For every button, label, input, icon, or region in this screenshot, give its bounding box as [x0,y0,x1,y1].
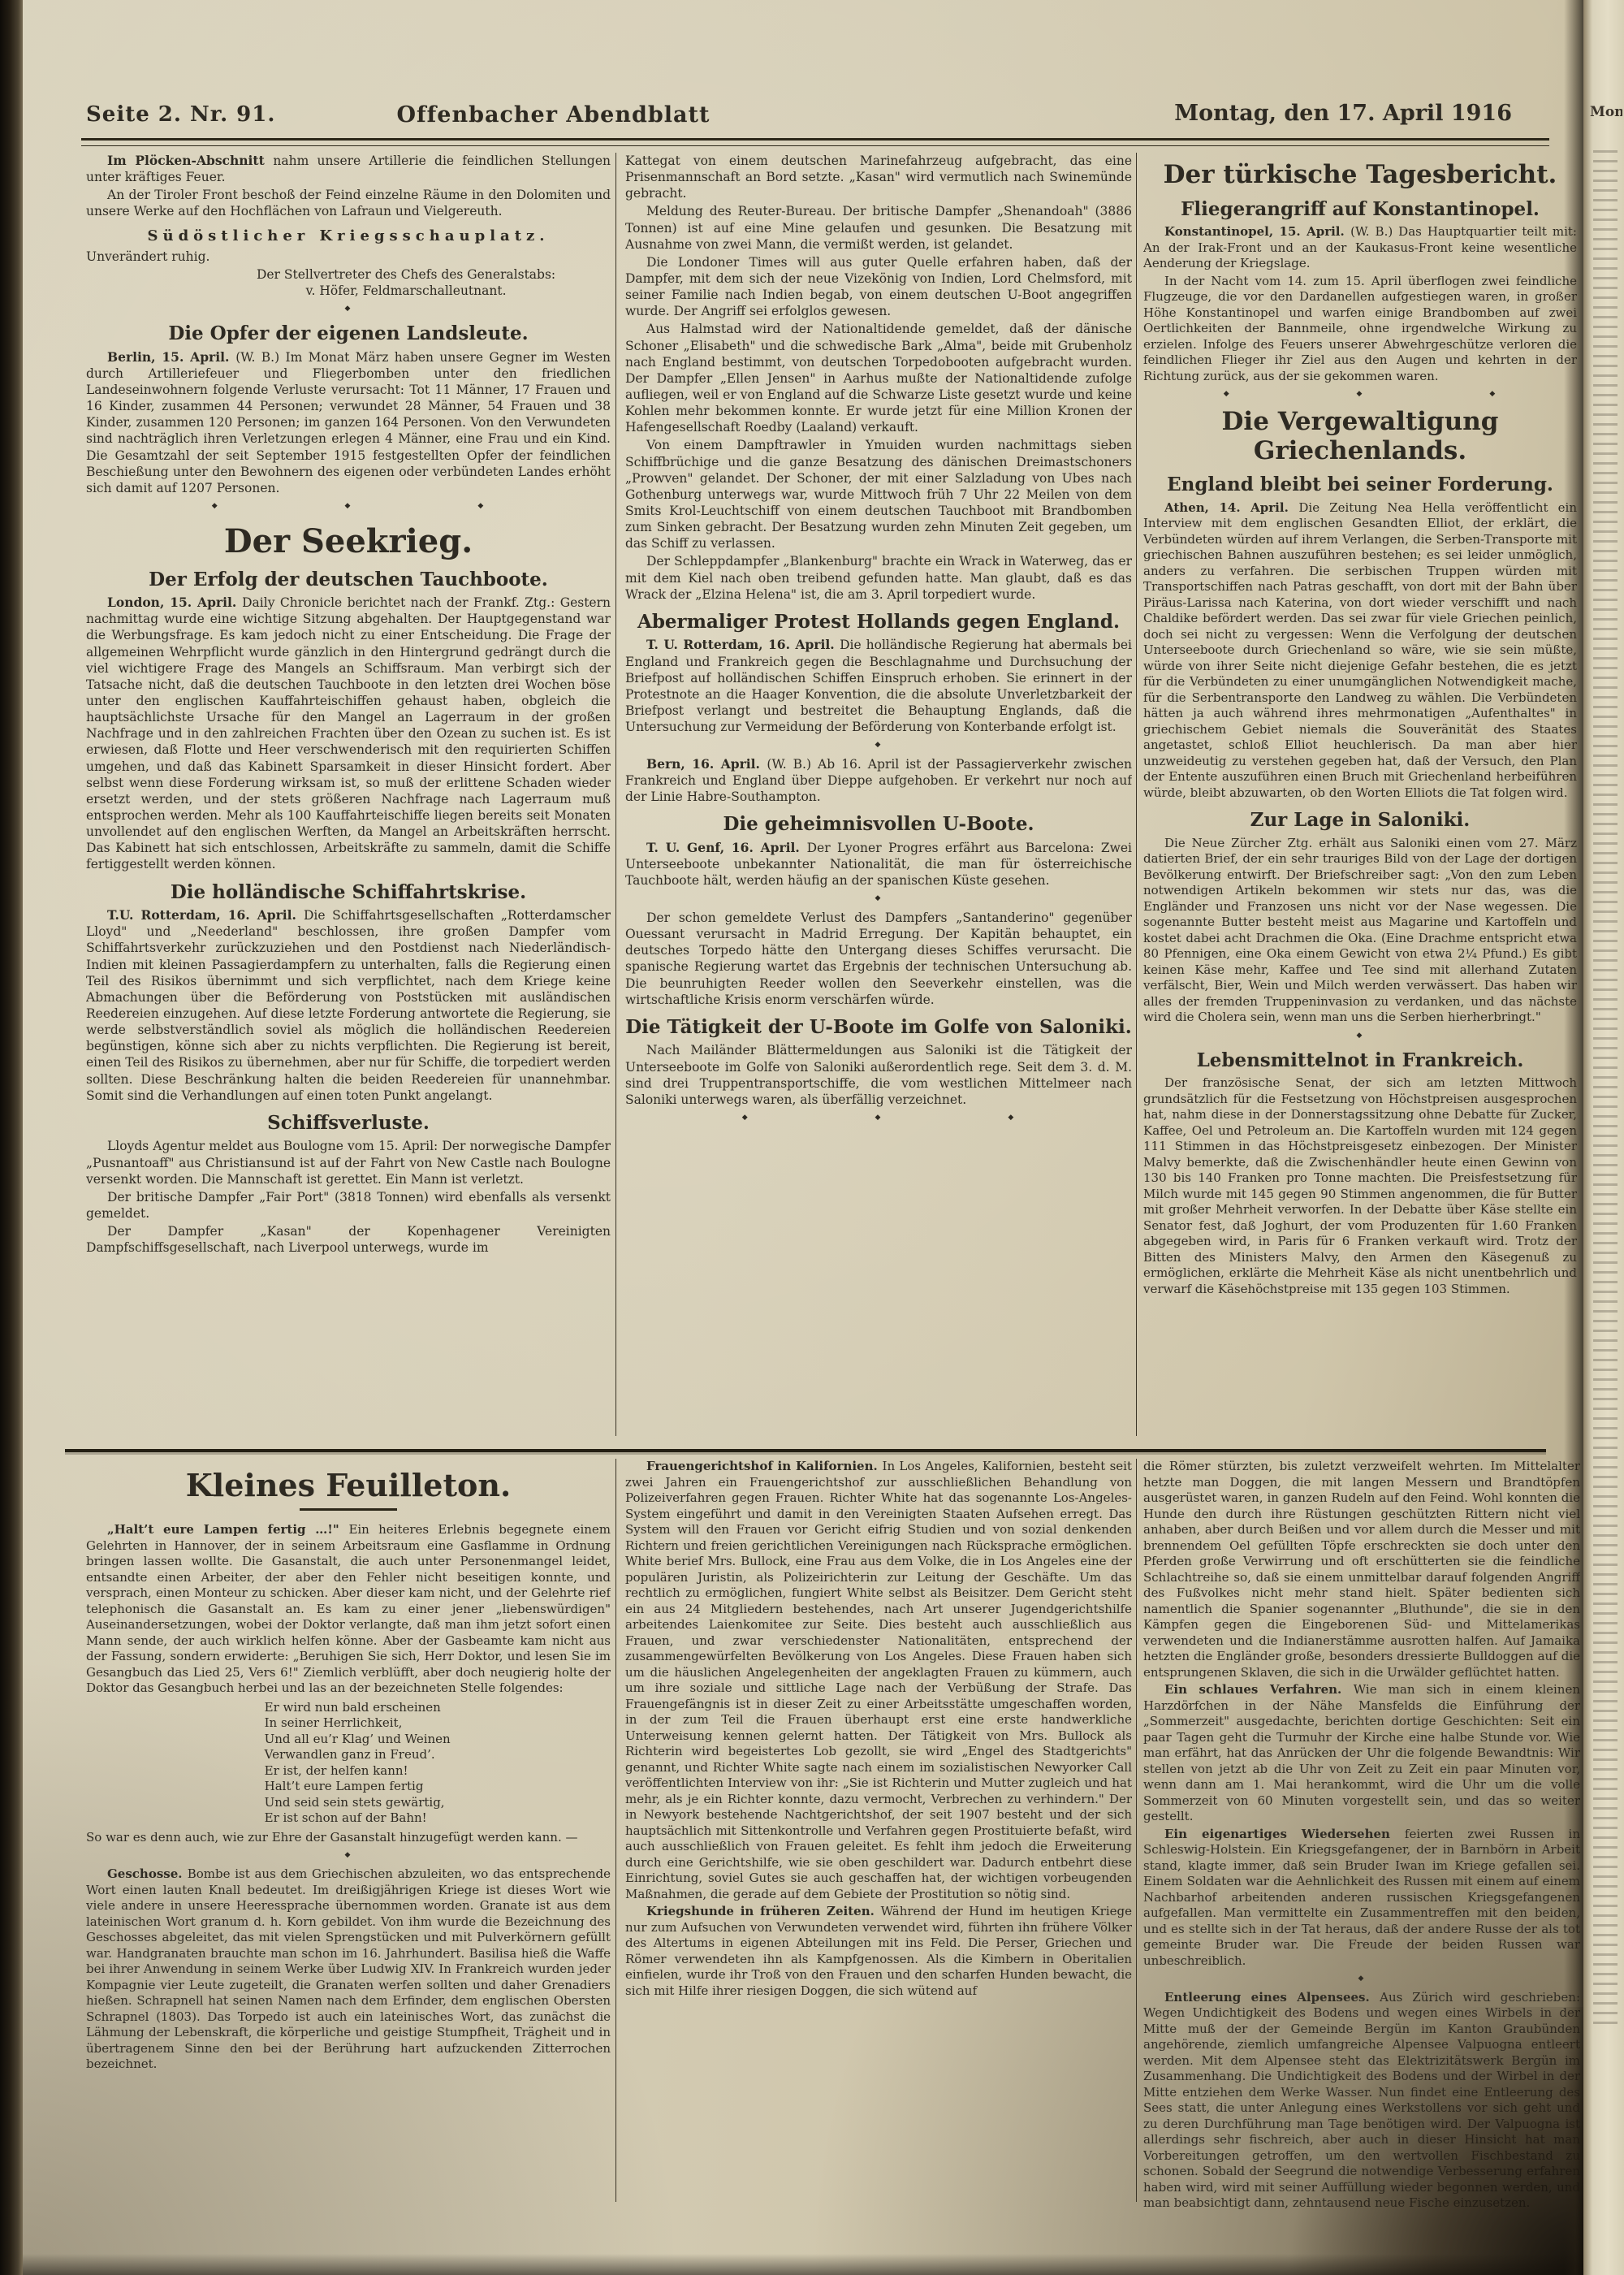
section-rule [65,1449,1546,1452]
article-paragraph: London, 15. April. Daily Chronicle beric… [86,595,611,872]
main-column-1: Im Plöcken-Abschnitt nahm unsere Artille… [86,153,611,1441]
feuilleton-column-1: Kleines Feuilleton. „Halt’t eure Lampen … [86,1464,611,2260]
article-paragraph: Athen, 14. April. Die Zeitung Nea Hella … [1143,500,1577,802]
masthead-rule [81,138,1549,146]
paragraph-lead: T. U. Rotterdam, 16. April. [646,637,840,652]
paragraph-lead: Ein schlaues Verfahren. [1164,1682,1354,1697]
article-paragraph: Unverändert ruhig. [86,249,611,265]
article-paragraph: Aus Halmstad wird der Nationaltidende ge… [625,321,1132,435]
adjacent-page-text-blur [1593,150,1618,2031]
article-paragraph: So war es denn auch, wie zur Ehre der Ga… [86,1830,611,1846]
section-separator: ◆ [625,741,1132,750]
column-divider [1136,1459,1137,2202]
paragraph-lead: T. U. Genf, 16. April. [646,840,807,855]
feuilleton-title: Kleines Feuilleton. [86,1465,611,1505]
article-paragraph: Meldung des Reuter-Bureau. Der britische… [625,203,1132,252]
paragraph-lead: Geschosse. [107,1866,188,1881]
article-paragraph: Frauengerichtshof in Kalifornien. In Los… [625,1459,1132,1902]
main-column-3: Der türkische Tagesbericht.Fliegerangrif… [1143,153,1577,1441]
article-heading: Der Erfolg der deutschen Tauchboote. [86,569,611,591]
paragraph-lead: T.U. Rotterdam, 16. April. [107,907,304,923]
feuilleton-column-2: Frauengerichtshof in Kalifornien. In Los… [625,1459,1132,2255]
section-separator: ◆ [625,894,1132,904]
article-paragraph: Bern, 16. April. (W. B.) Ab 16. April is… [625,756,1132,805]
article-paragraph: Geschosse. Bombe ist aus dem Griechische… [86,1866,611,2073]
paragraph-lead: Berlin, 15. April. [107,349,235,365]
masthead: Seite 2. Nr. 91. Offenbacher Abendblatt … [23,99,1583,135]
newspaper-title: Offenbacher Abendblatt [23,102,1084,128]
paragraph-lead: Frauengerichtshof in Kalifornien. [646,1459,883,1473]
article-paragraph: T. U. Genf, 16. April. Der Lyoner Progre… [625,840,1132,889]
newspaper-page: Seite 2. Nr. 91. Offenbacher Abendblatt … [23,0,1583,2275]
paragraph-lead: Im Plöcken-Abschnitt [107,153,273,168]
article-paragraph: Konstantinopel, 15. April. (W. B.) Das H… [1143,224,1577,272]
article-heading: England bleibt bei seiner Forderung. [1143,474,1577,496]
section-separator: ◆ ◆ ◆ [1143,390,1577,400]
article-heading: Südöstlicher Kriegsschauplatz. [86,227,611,245]
article-heading: Die holländische Schiffahrtskrise. [86,881,611,904]
article-heading: Schiffsverluste. [86,1112,611,1135]
section-separator: ◆ [86,305,611,314]
article-paragraph: die Römer stürzten, bis zuletzt verzweif… [1143,1459,1580,1680]
hymn-verse: Er wird nun bald erscheinen In seiner He… [86,1700,611,1827]
article-paragraph: Der französische Senat, der sich am letz… [1143,1075,1577,1297]
paragraph-lead: Ein eigenartiges Wiedersehen [1164,1827,1405,1841]
column-divider [615,1459,616,2202]
article-heading: Die geheimnisvollen U-Boote. [625,813,1132,836]
feuilleton-column-1-body: „Halt’t eure Lampen fertig …!" Ein heite… [86,1522,611,2072]
article-paragraph: Der britische Dampfer „Fair Port" (3818 … [86,1189,611,1222]
adjacent-page-header-fragment: Mont [1590,104,1622,120]
page-bottom-edge [23,2254,1583,2275]
section-separator: ◆ [1143,1974,1580,1984]
newspaper-photo: { "header": { "left": "Seite 2. Nr. 91."… [0,0,1624,2275]
article-paragraph: Der schon gemeldete Verlust des Dampfers… [625,910,1132,1008]
article-paragraph: Berlin, 15. April. (W. B.) Im Monat März… [86,349,611,496]
article-paragraph: Kriegshunde in früheren Zeiten. Während … [625,1904,1132,1999]
article-heading: Die Tätigkeit der U-Boote im Golfe von S… [625,1016,1132,1039]
article-paragraph: Nach Mailänder Blättermeldungen aus Salo… [625,1042,1132,1108]
paragraph-lead: Kriegshunde in früheren Zeiten. [646,1904,881,1918]
article-paragraph: „Halt’t eure Lampen fertig …!" Ein heite… [86,1522,611,1697]
paragraph-lead: Bern, 16. April. [646,756,767,772]
article-paragraph: Die Neue Zürcher Ztg. erhält aus Salonik… [1143,836,1577,1026]
article-paragraph: Von einem Dampftrawler in Ymuiden wurden… [625,437,1132,551]
article-heading: Zur Lage in Saloniki. [1143,809,1577,832]
column-divider [615,153,616,1436]
article-paragraph: Kattegat von einem deutschen Marinefahrz… [625,153,1132,201]
section-separator: ◆ [1143,1032,1577,1041]
paragraph-lead: Entleerung eines Alpensees. [1164,1990,1380,2005]
article-heading: Abermaliger Protest Hollands gegen Engla… [625,611,1132,634]
section-separator: ◆ [86,1851,611,1861]
article-paragraph: T.U. Rotterdam, 16. April. Die Schiffahr… [86,907,611,1104]
main-column-2: Kattegat von einem deutschen Marinefahrz… [625,153,1132,1441]
article-paragraph: Die Londoner Times will aus guter Quelle… [625,254,1132,320]
feuilleton-title-rule [300,1508,397,1511]
paragraph-lead: „Halt’t eure Lampen fertig …!" [107,1522,348,1537]
paragraph-lead: Athen, 14. April. [1164,500,1298,515]
gutter-fold-shadow [1564,0,1585,2275]
column-divider [1136,153,1137,1436]
section-separator: ◆ ◆ ◆ [625,1114,1132,1123]
article-paragraph: Ein eigenartiges Wiedersehen feierten zw… [1143,1827,1580,1970]
book-binding-edge [0,0,24,2275]
paragraph-lead: Konstantinopel, 15. April. [1164,224,1350,239]
article-heading: Lebensmittelnot in Frankreich. [1143,1049,1577,1072]
page-curl-shadow [1242,2007,1583,2275]
article-paragraph: Im Plöcken-Abschnitt nahm unsere Artille… [86,153,611,185]
article-paragraph: In der Nacht vom 14. zum 15. April überf… [1143,274,1577,385]
article-paragraph: An der Tiroler Front beschoß der Feind e… [86,187,611,219]
issue-date: Montag, den 17. April 1916 [1174,101,1512,126]
article-paragraph: Lloyds Agentur meldet aus Boulogne vom 1… [86,1138,611,1187]
article-heading: Der türkische Tagesbericht. [1143,161,1577,190]
article-paragraph: Der Dampfer „Kasan" der Kopenhagener Ver… [86,1223,611,1256]
article-heading: Fliegerangriff auf Konstantinopel. [1143,198,1577,221]
adjacent-page-sliver: Mont [1583,0,1624,2275]
article-paragraph: Ein schlaues Verfahren. Wie man sich in … [1143,1682,1580,1825]
signature-line: Der Stellvertreter des Chefs des General… [86,266,611,299]
article-paragraph: Der Schleppdampfer „Blankenburg" brachte… [625,553,1132,602]
article-heading: Der Seekrieg. [86,523,611,560]
section-separator: ◆ ◆ ◆ [86,502,611,512]
article-heading: Die Opfer der eigenen Landsleute. [86,322,611,345]
article-heading: Die Vergewaltigung Griechenlands. [1143,408,1577,465]
paragraph-lead: London, 15. April. [107,595,242,610]
article-paragraph: T. U. Rotterdam, 16. April. Die holländi… [625,637,1132,735]
